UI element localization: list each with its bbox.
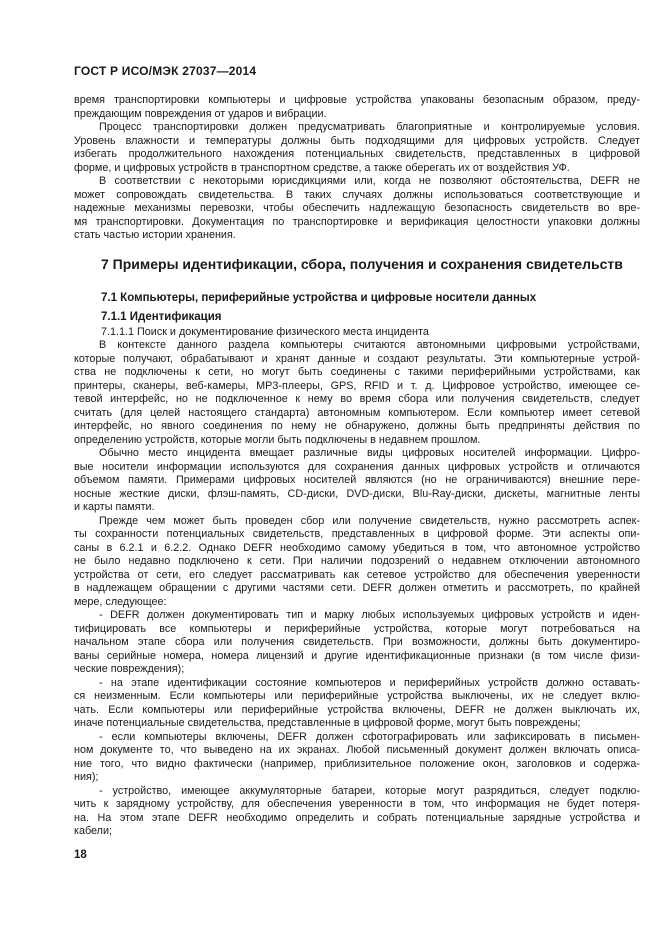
clause-heading: 7.1.1 Идентификация xyxy=(74,311,640,325)
text-line: иначе потенциальные свидетельства, предс… xyxy=(74,717,640,731)
text-line: форме, и цифровых устройств в транспортн… xyxy=(74,162,640,176)
text-line: начальном этапе сбора или получения свид… xyxy=(74,636,640,650)
text-line: в надлежащем обращении с другими частями… xyxy=(74,582,640,596)
text-line: вые носители информации используются для… xyxy=(74,461,640,475)
text-line: на. На этом этапе DEFR необходимо опреде… xyxy=(74,812,640,826)
document-body: время транспортировки компьютеры и цифро… xyxy=(74,94,640,839)
text-line: надежные механизмы перевозки, чтобы обес… xyxy=(74,202,640,216)
text-line: кабели; xyxy=(74,825,640,839)
text-line: интерфейс, но явного соединения по нему … xyxy=(74,420,640,434)
text-line: мя транспортировки. Документация по тран… xyxy=(74,216,640,230)
text-line: ния); xyxy=(74,771,640,785)
text-line: которые получают, обрабатывают и хранят … xyxy=(74,353,640,367)
text-line: ты сохранности потенциальных свидетельст… xyxy=(74,528,640,542)
text-line: тевой интерфейс, но не подключенное к не… xyxy=(74,393,640,407)
paragraph: - устройство, имеющее аккумуляторные бат… xyxy=(74,785,640,839)
text-line: чить к зарядному устройству, для обеспеч… xyxy=(74,798,640,812)
paragraph: - если компьютеры включены, DEFR должен … xyxy=(74,731,640,785)
text-line: и карты памяти. xyxy=(74,501,640,515)
text-line: тифицировать все компьютеры и периферийн… xyxy=(74,623,640,637)
text-line: устройства от сети, его следует рассматр… xyxy=(74,569,640,583)
text-line: принтеры, сканеры, веб-камеры, MP3-плеер… xyxy=(74,380,640,394)
section-heading: 7 Примеры идентификации, сбора, получени… xyxy=(74,256,640,273)
text-line: саны в 6.2.1 и 6.2.2. Однако DEFR необхо… xyxy=(74,542,640,556)
text-line: чать. Если компьютеры или периферийные у… xyxy=(74,704,640,718)
text-line: В контексте данного раздела компьютеры с… xyxy=(74,339,640,353)
running-header: ГОСТ Р ИСО/МЭК 27037—2014 xyxy=(74,64,640,78)
text-line: стать частью истории хранения. xyxy=(74,229,640,243)
paragraph: - DEFR должен документировать тип и марк… xyxy=(74,609,640,677)
paragraph: - на этапе идентификации состояние компь… xyxy=(74,677,640,731)
text-line: В соответствии с некоторыми юрисдикциями… xyxy=(74,175,640,189)
paragraph: Обычно место инцидента вмещает различные… xyxy=(74,447,640,515)
text-line: определению устройств, которые могли быт… xyxy=(74,434,640,448)
text-line: носные жесткие диски, флэш-память, CD-ди… xyxy=(74,488,640,502)
text-line: Прежде чем может быть проведен сбор или … xyxy=(74,515,640,529)
text-line: избегать продолжительного нахождения пот… xyxy=(74,148,640,162)
text-line: ние того, что видно фактически (например… xyxy=(74,758,640,772)
text-line: - устройство, имеющее аккумуляторные бат… xyxy=(74,785,640,799)
text-line: Процесс транспортировки должен предусмат… xyxy=(74,121,640,135)
text-line: не было недавно подключено к сети. При н… xyxy=(74,555,640,569)
text-line: - если компьютеры включены, DEFR должен … xyxy=(74,731,640,745)
paragraph: Прежде чем может быть проведен сбор или … xyxy=(74,515,640,610)
text-line: преждающим повреждения от ударов и вибра… xyxy=(74,108,640,122)
document-page: ГОСТ Р ИСО/МЭК 27037—2014 время транспор… xyxy=(0,0,661,935)
text-line: может сопровождать свидетельства. В таки… xyxy=(74,189,640,203)
paragraph: время транспортировки компьютеры и цифро… xyxy=(74,94,640,121)
text-line: ся неизменным. Если компьютеры или периф… xyxy=(74,690,640,704)
text-line: ваны серийные номера, номера лицензий и … xyxy=(74,650,640,664)
text-line: Уровень влажности и температуры должны б… xyxy=(74,135,640,149)
subclause-heading: 7.1.1.1 Поиск и документирование физичес… xyxy=(74,326,640,340)
text-line: считать (для целей настоящего стандарта)… xyxy=(74,407,640,421)
text-line: ства не подключены к сети, но могут быть… xyxy=(74,366,640,380)
page-number: 18 xyxy=(74,849,87,861)
text-line: время транспортировки компьютеры и цифро… xyxy=(74,94,640,108)
text-line: ном документе то, что выведено на их экр… xyxy=(74,744,640,758)
subsection-heading: 7.1 Компьютеры, периферийные устройства … xyxy=(74,292,640,306)
text-line: мере, следующее: xyxy=(74,596,640,610)
text-line: - на этапе идентификации состояние компь… xyxy=(74,677,640,691)
text-line: объемом памяти. Примерами цифровых носит… xyxy=(74,474,640,488)
text-line: ческие повреждения); xyxy=(74,663,640,677)
text-line: Обычно место инцидента вмещает различные… xyxy=(74,447,640,461)
paragraph: В контексте данного раздела компьютеры с… xyxy=(74,339,640,447)
paragraph: В соответствии с некоторыми юрисдикциями… xyxy=(74,175,640,243)
paragraph: Процесс транспортировки должен предусмат… xyxy=(74,121,640,175)
text-line: - DEFR должен документировать тип и марк… xyxy=(74,609,640,623)
